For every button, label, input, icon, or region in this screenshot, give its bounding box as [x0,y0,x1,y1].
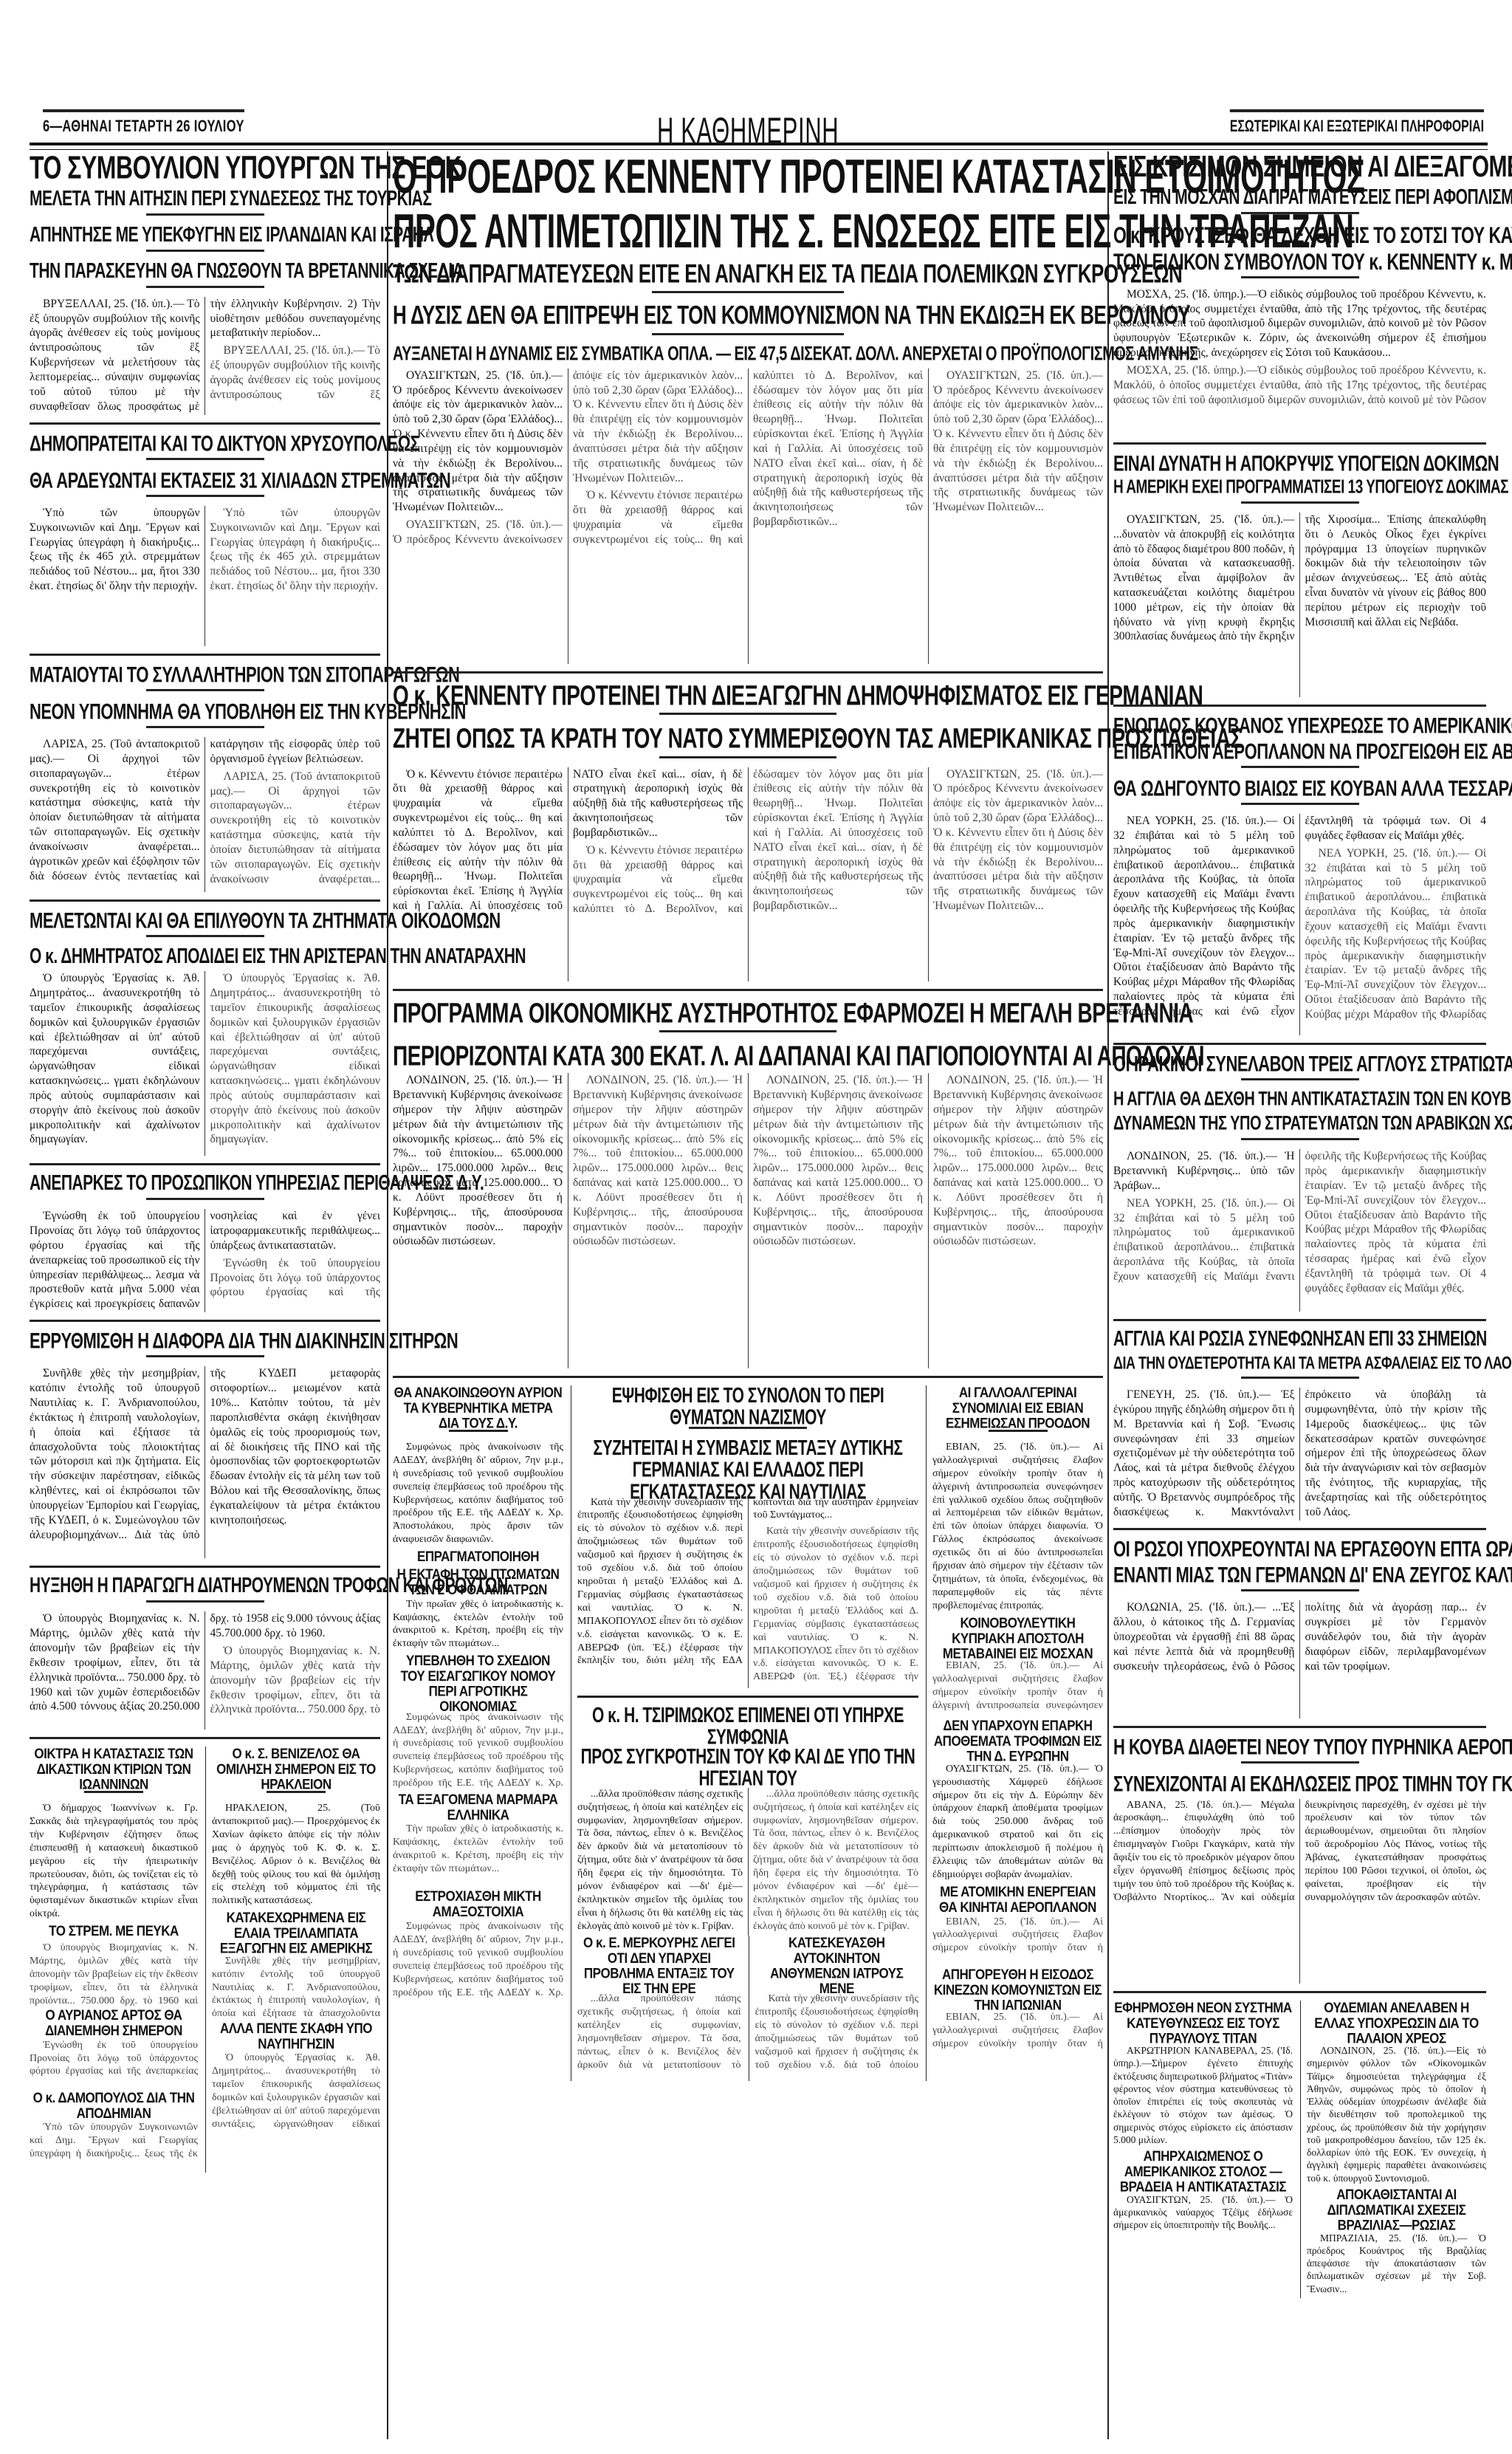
center-lower-col-1: ΘΑ ΑΝΑΚΟΙΝΩΘΟΥΝ ΑΥΡΙΟΝ ΤΑ ΚΥΒΕΡΝΗΤΙΚΑ ΜΕ… [393,1385,563,2081]
main-headline: Ο ΠΡΟΕΔΡΟΣ ΚΕΝΝΕΝΤΥ ΠΡΟΤΕΙΝΕΙ ΚΑΤΑΣΤΑΣΙΝ… [393,151,1103,202]
divider [393,989,1103,991]
rule [1241,1761,1359,1764]
brief: ΚΑΤΕΣΚΕΥΑΣΘΗ ΑΥΤΟΚΙΝΗΤΟΝ ΑΝΘΥΜΕΝΩΝ ΙΑΤΡΟ… [749,1936,919,2081]
headline: ΜΕΛΕΤΩΝΤΑΙ ΚΑΙ ΘΑ ΕΠΙΛΥΘΟΥΝ ΤΑ ΖΗΤΗΜΑΤΑ … [30,909,380,932]
brief-column: Ο κ. Σ. ΒΕΝΙΖΕΛΟΣ ΘΑ ΟΜΙΛΗΣΗ ΣΗΜΕΡΟΝ ΕΙΣ… [205,1747,380,2173]
rule [146,495,264,497]
article-body: ΟΥΑΣΙΓΚΤΩΝ, 25. ('Ιδ. ὑπ.).— Ὁ πρόεδρος … [393,369,1103,664]
article-body: ...ἄλλα προϋπόθεσιν πάσης σχετικῆς συζητ… [577,1992,741,2081]
divider [393,671,1103,674]
headline: ΟΥΔΕΜΙΑΝ ΑΝΕΛΑΒΕΝ Η ΕΛΛΑΣ ΥΠΟΧΡΕΩΣΙΝ ΔΙΑ… [1307,2001,1486,2046]
divider [1113,1528,1486,1530]
rule [1241,1138,1359,1140]
headline: ΘΑ ΑΝΑΚΟΙΝΩΘΟΥΝ ΑΥΡΙΟΝ ΤΑ ΚΥΒΕΡΝΗΤΙΚΑ ΜΕ… [393,1385,563,1431]
section-label: ΕΣΩΤΕΡΙΚΑΙ ΚΑΙ ΕΞΩΤΕΡΙΚΑΙ ΠΛΗΡΟΦΟΡΙΑΙ [1230,117,1484,136]
rule [659,756,836,758]
rule [146,286,264,288]
article-body: Συνῆλθε χθὲς τὴν μεσημβρίαν, κατόπιν ἐντ… [30,1366,380,1558]
story-eok: ΤΟ ΣΥΜΒΟΥΛΙΟΝ ΥΠΟΥΡΓΩΝ ΤΗΣ ΕΟΚ ΜΕΛΕΤΑ ΤΗ… [30,151,380,415]
subheadline: ΔΙΑ ΤΗΝ ΟΥΔΕΤΕΡΟΤΗΤΑ ΚΑΙ ΤΑ ΜΕΤΡΑ ΑΣΦΑΛΕ… [1113,1354,1486,1373]
article-body: Τὴν πρωΐαν χθὲς ὁ ἰατροδικαστὴς κ. Καψάσ… [393,1823,563,1889]
story-chrysoupolis: ΔΗΜΟΠΡΑΤΕΙΤΑΙ ΚΑΙ ΤΟ ΔΙΚΤΥΟΝ ΧΡΥΣΟΥΠΟΛΕΩ… [30,432,380,646]
subheadline: ΠΡΟΣ ΣΥΓΚΡΟΤΗΣΙΝ ΤΟΥ ΚΦ ΚΑΙ ΔΕ ΥΠΟ ΤΗΝ Η… [577,1747,918,1791]
rule [652,333,844,335]
headline: ΕΙΣ ΚΡΙΣΙΜΟΝ ΣΗΜΕΙΟΝ ΑΙ ΔΙΕΞΑΓΟΜΕΝΑΙ [1113,151,1486,183]
article-body: Ὁ δήμαρχος Ἰωαννίνων κ. Γρ. Σακκᾶς διὰ τ… [30,1802,198,1924]
divider [1113,705,1486,707]
divider [1113,1991,1486,1993]
masthead: 6—ΑΘΗΝΑΙ ΤΕΤΑΡΤΗ 26 ΙΟΥΛΙΟΥ Η ΚΑΘΗΜΕΡΙΝΗ… [30,111,1488,144]
story-kennedy-readiness: Ο ΠΡΟΕΔΡΟΣ ΚΕΝΝΕΝΤΥ ΠΡΟΤΕΙΝΕΙ ΚΑΤΑΣΤΑΣΙΝ… [393,151,1103,664]
headline: ΚΑΤΕΣΚΕΥΑΣΘΗ ΑΥΤΟΚΙΝΗΤΟΝ ΑΝΘΥΜΕΝΩΝ ΙΑΤΡΟ… [755,1936,919,1996]
subheadline: ΔΥΝΑΜΕΩΝ ΤΗΣ ΥΠΟ ΣΤΡΑΤΕΥΜΑΤΩΝ ΤΩΝ ΑΡΑΒΙΚ… [1113,1114,1486,1134]
headline: Η ΚΟΥΒΑ ΔΙΑΘΕΤΕΙ ΝΕΟΥ ΤΥΠΟΥ ΠΥΡΗΝΙΚΑ ΑΕΡ… [1113,1735,1486,1758]
article-body: ΟΥΑΣΙΓΚΤΩΝ, 25. ('Ιδ. ὑπ.).— Ὁ γερουσιασ… [932,1763,1103,1885]
rule [659,713,836,715]
headline: ΕΡΡΥΘΜΙΣΘΗ Η ΔΙΑΦΟΡΑ ΔΙΑ ΤΗΝ ΔΙΑΚΙΝΗΣΙΝ … [30,1329,380,1352]
headline-kicker: ΕΠΡΑΓΜΑΤΟΠΟΙΗΘΗ [393,1549,563,1565]
subheadline: ΤΗΝ ΠΑΡΑΣΚΕΥΗΝ ΘΑ ΓΝΩΣΘΟΥΝ ΤΑ ΒΡΕΤΑΝΝΙΚΑ… [30,261,380,283]
article-body: Κατὰ τὴν χθεσινὴν συνεδρίασιν τῆς ἐπιτρο… [577,1496,918,1688]
article-body: Ἐγνώσθη ἐκ τοῦ ὑπουργείου Προνοίας ὅτι λ… [30,2039,198,2091]
headline: ΟΙ ΙΡΑΚΙΝΟΙ ΣΥΝΕΛΑΒΟΝ ΤΡΕΙΣ ΑΓΓΛΟΥΣ ΣΤΡΑ… [1113,1052,1486,1075]
article-body: ΚΟΛΩΝΙΑ, 25. ('Ιδ. ὑπ.).— ...Ἐξ ἄλλου, ὁ… [1113,1600,1486,1718]
left-column: ΤΟ ΣΥΜΒΟΥΛΙΟΝ ΥΠΟΥΡΓΩΝ ΤΗΣ ΕΟΚ ΜΕΛΕΤΑ ΤΗ… [30,151,380,2439]
subheadline: ΕΙΣ ΤΗΝ ΜΟΣΧΑΝ ΔΙΑΠΡΑΓΜΑΤΕΥΣΕΙΣ ΠΕΡΙ ΑΦΟ… [1113,187,1486,209]
rule [1241,1589,1359,1591]
story-laos: ΑΓΓΛΙΑ ΚΑΙ ΡΩΣΙΑ ΣΥΝΕΦΩΝΗΣΑΝ ΕΠΙ 33 ΣΗΜΕ… [1113,1329,1486,1521]
subheadline: ΣΥΝΕΧΙΖΟΝΤΑΙ ΑΙ ΕΚΔΗΛΩΣΕΙΣ ΠΡΟΣ ΤΙΜΗΝ ΤΟ… [1113,1772,1486,1795]
story-trofima: ΗΥΞΗΘΗ Η ΠΑΡΑΓΩΓΗ ΔΙΑΤΗΡΟΥΜΕΝΩΝ ΤΡΟΦΩΝ Κ… [30,1575,380,1730]
article-body: Ὑπὸ τῶν ὑπουργῶν Συγκοινωνιῶν καὶ Δημ. Ἔ… [30,506,380,646]
center-lower-col-2: ΕΨΗΦΙΣΘΗ ΕΙΣ ΤΟ ΣΥΝΟΛΟΝ ΤΟ ΠΕΡΙ ΘΥΜΑΤΩΝ … [571,1385,918,2081]
rule [146,935,264,937]
headline: ΚΑΤΑΚΕΧΩΡΗΜΕΝΑ ΕΙΣ ΕΛΑΙΑ ΤΡΕΙΛΑΜΠΑΤΑ ΕΞΑ… [212,1910,380,1956]
story-moscow-disarmament: ΕΙΣ ΚΡΙΣΙΜΟΝ ΣΗΜΕΙΟΝ ΑΙ ΔΙΕΞΑΓΟΜΕΝΑΙ ΕΙΣ… [1113,151,1486,435]
article-body: Ὁ κ. Κέννεντυ ἐτόνισε περαιτέρω ὅτι θὰ χ… [393,767,1103,981]
right-brief-row: ΕΦΗΡΜΟΣΘΗ ΝΕΟΝ ΣΥΣΤΗΜΑ ΚΑΤΕΥΘΥΝΣΕΩΣ ΕΙΣ … [1113,2001,1486,2298]
subheadline: ΕΝΑΝΤΙ ΜΙΑΣ ΤΩΝ ΓΕΡΜΑΝΩΝ ΔΙ' ΕΝΑ ΖΕΥΓΟΣ … [1113,1563,1486,1586]
article-body: ΛΑΡΙΣΑ, 25. (Τοῦ ἀνταποκριτοῦ μας).— Οἱ … [30,737,380,892]
subheadline: Ο κ. ΔΗΜΗΤΡΑΤΟΣ ΑΠΟΔΙΔΕΙ ΕΙΣ ΤΗΝ ΑΡΙΣΤΕΡ… [30,946,380,968]
rule [1241,1078,1359,1080]
headline: Ο κ. ΔΑΜΟΠΟΥΛΟΣ ΔΙΑ ΤΗΝ ΑΠΟΔΗΜΙΑΝ [30,2091,198,2121]
headline: ΗΥΞΗΘΗ Η ΠΑΡΑΓΩΓΗ ΔΙΑΤΗΡΟΥΜΕΝΩΝ ΤΡΟΦΩΝ Κ… [30,1575,380,1597]
subheadline: ΕΠΙΒΑΤΙΚΟΝ ΑΕΡΟΠΛΑΝΟΝ ΝΑ ΠΡΟΣΓΕΙΩΘΗ ΕΙΣ … [1113,740,1486,763]
page-date-line: 6—ΑΘΗΝΑΙ ΤΕΤΑΡΤΗ 26 ΙΟΥΛΙΟΥ [43,117,244,136]
divider [30,1566,380,1568]
rule [146,458,264,460]
rule [1241,501,1359,504]
story-sitira: ΕΡΡΥΘΜΙΣΘΗ Η ΔΙΑΦΟΡΑ ΔΙΑ ΤΗΝ ΔΙΑΚΙΝΗΣΙΝ … [30,1329,380,1558]
headline: ΕΨΗΦΙΣΘΗ ΕΙΣ ΤΟ ΣΥΝΟΛΟΝ ΤΟ ΠΕΡΙ ΘΥΜΑΤΩΝ … [577,1385,918,1430]
headline: ΑΓΓΛΙΑ ΚΑΙ ΡΩΣΙΑ ΣΥΝΕΦΩΝΗΣΑΝ ΕΠΙ 33 ΣΗΜΕ… [1113,1329,1486,1351]
story-sitoparagogoi: ΜΑΤΑΙΟΥΤΑΙ ΤΟ ΣΥΛΛΑΛΗΤΗΡΙΟΝ ΤΩΝ ΣΙΤΟΠΑΡΑ… [30,663,380,892]
article-body: ΕΒΙΑΝ, 25. ('Ιδ. ὑπ.).— Αἱ γαλλοαλγερινα… [932,1441,1103,1616]
headline: ΚΟΙΝΟΒΟΥΛΕΥΤΙΚΗ ΚΥΠΡΙΑΚΗ ΑΠΟΣΤΟΛΗ ΜΕΤΑΒΑ… [932,1616,1103,1662]
brief-column: ΕΦΗΡΜΟΣΘΗ ΝΕΟΝ ΣΥΣΤΗΜΑ ΚΑΤΕΥΘΥΝΣΕΩΣ ΕΙΣ … [1113,2001,1293,2298]
article-body: Συμφώνως πρὸς ἀνακοίνωσιν τῆς ΑΔΕΔΥ, ἀνε… [393,1711,563,1792]
headline: ΕΙΝΑΙ ΔΥΝΑΤΗ Η ΑΠΟΚΡΥΨΙΣ ΥΠΟΓΕΙΩΝ ΔΟΚΙΜΩ… [1113,452,1486,475]
headline: ΑΛΛΑ ΠΕΝΤΕ ΣΚΑΦΗ ΥΠΟ ΝΑΥΠΗΓΗΣΙΝ [212,2021,380,2052]
article-body: Κατὰ τὴν χθεσινὴν συνεδρίασιν τῆς ἐπιτρο… [755,1992,919,2081]
headline: Ο ΑΥΡΙΑΝΟΣ ΑΡΤΟΣ ΘΑ ΔΙΑΝΕΜΗΘΗ ΣΗΜΕΡΟΝ [30,2008,198,2038]
rule [146,1355,264,1357]
subheadline: ΠΕΡΙΟΡΙΖΟΝΤΑΙ ΚΑΤΑ 300 ΕΚΑΤ. Λ. ΑΙ ΔΑΠΑΝ… [393,1041,1103,1071]
rule [146,1600,264,1603]
subheadline: ΖΗΤΕΙ ΟΠΩΣ ΤΑ ΚΡΑΤΗ ΤΟΥ ΝΑΤΟ ΣΥΜΜΕΡΙΣΘΟΥ… [393,724,1103,753]
headline: ΑΠΗΡΧΑΙΩΜΕΝΟΣ Ο ΑΜΕΡΙΚΑΝΙΚΟΣ ΣΤΟΛΟΣ — ΒΡ… [1113,2149,1293,2195]
rule [652,291,844,293]
divider [30,899,380,902]
rule [659,1030,836,1032]
main-headline-line2: ΠΡΟΣ ΑΝΤΙΜΕΤΩΠΙΣΙΝ ΤΗΣ Σ. ΕΝΩΣΕΩΣ ΕΙΤΕ Ε… [393,206,1103,256]
article-body: Ὁ ὑπουργὸς Ἐργασίας κ. Ἀθ. Δημητράτος...… [212,2052,380,2133]
article-body: Συμφώνως πρὸς ἀνακοίνωσιν τῆς ΑΔΕΔΥ, ἀνε… [393,1441,563,1549]
headline: ΟΙΚΤΡΑ Η ΚΑΤΑΣΤΑΣΙΣ ΤΩΝ ΔΙΚΑΣΤΙΚΩΝ ΚΤΙΡΙ… [30,1747,198,1792]
brief-column: ΟΙΚΤΡΑ Η ΚΑΤΑΣΤΑΣΙΣ ΤΩΝ ΔΙΚΑΣΤΙΚΩΝ ΚΤΙΡΙ… [30,1747,198,2173]
article-body: ΟΥΑΣΙΓΚΤΩΝ, 25. ('Ιδ. ὑπ.).— ...δυνατὸν … [1113,513,1486,697]
headline: Ο κ. ΚΕΝΝΕΝΤΥ ΠΡΟΤΕΙΝΕΙ ΤΗΝ ΔΙΕΞΑΓΩΓΗΝ Δ… [393,681,1103,710]
story-kennedy-referendum: Ο κ. ΚΕΝΝΕΝΤΥ ΠΡΟΤΕΙΝΕΙ ΤΗΝ ΔΙΕΞΑΓΩΓΗΝ Δ… [393,681,1103,981]
subheadline: ΣΥΖΗΤΕΙΤΑΙ Η ΣΥΜΒΑΣΙΣ ΜΕΤΑΞΥ ΔΥΤΙΚΗΣ ΓΕΡ… [577,1438,918,1504]
divider [393,1376,1103,1378]
headline: ΥΠΕΒΛΗΘΗ ΤΟ ΣΧΕΔΙΟΝ ΤΟΥ ΕΙΣΑΓΩΓΙΚΟΥ ΝΟΜΟ… [393,1653,563,1714]
article-body: Ὁ ὑπουργὸς Ἐργασίας κ. Ἀθ. Δημητράτος...… [30,971,380,1156]
article-body: ΑΚΡΩΤΗΡΙΟΝ ΚΑΝΑΒΕΡΑΛ, 25. ('Ιδ. ὑπηρ.).—… [1113,2044,1293,2149]
headline: Ο κ. Ε. ΜΕΡΚΟΥΡΗΣ ΛΕΓΕΙ ΟΤΙ ΔΕΝ ΥΠΑΡΧΕΙ … [577,1936,741,1996]
headline: Ο κ. Η. ΤΣΙΡΙΜΩΚΟΣ ΕΠΙΜΕΝΕΙ ΟΤΙ ΥΠΗΡΧΕ Σ… [577,1705,918,1749]
article-body: Ἐγνώσθη ἐκ τοῦ ὑπουργείου Προνοίας ὅτι λ… [30,1209,380,1312]
rule [1241,212,1359,214]
rule [146,689,264,691]
rule [146,726,264,728]
story-britain-austerity: ΠΡΟΓΡΑΜΜΑ ΟΙΚΟΝΟΜΙΚΗΣ ΑΥΣΤΗΡΟΤΗΤΟΣ ΕΦΑΡΜ… [393,998,1103,1369]
story-oikodomes: ΜΕΛΕΤΩΝΤΑΙ ΚΑΙ ΘΑ ΕΠΙΛΥΘΟΥΝ ΤΑ ΖΗΤΗΜΑΤΑ … [30,909,380,1156]
headline: ΑΝΕΠΑΡΚΕΣ ΤΟ ΠΡΟΣΩΠΙΚΟΝ ΥΠΗΡΕΣΙΑΣ ΠΕΡΙΘΑ… [30,1173,380,1195]
article-body: ΜΟΣΧΑ, 25. ('Ιδ. ὑπηρ.).—Ὁ εἰδικὸς σύμβο… [1113,287,1486,435]
headline: ΕΝΟΠΛΟΣ ΚΟΥΒΑΝΟΣ ΥΠΕΧΡΕΩΣΕ ΤΟ ΑΜΕΡΙΚΑΝΙΚ… [1113,714,1486,737]
center-lower-col-3: ΑΙ ΓΑΛΛΟΑΛΓΕΡΙΝΑΙ ΣΥΝΟΜΙΛΙΑΙ ΕΙΣ ΕΒΙΑΝ Ε… [926,1385,1103,2081]
divider [1113,1319,1486,1321]
headline: Ο κ. Σ. ΒΕΝΙΖΕΛΟΣ ΘΑ ΟΜΙΛΗΣΗ ΣΗΜΕΡΟΝ ΕΙΣ… [212,1747,380,1792]
article-body: ΜΠΡΑΖΙΛΙΑ, 25. ('Ιδ. ὑπ.).— Ὁ πρόεδρος Κ… [1307,2232,1486,2298]
divider [30,422,380,425]
divider [30,654,380,656]
headline: ΜΑΤΑΙΟΥΤΑΙ ΤΟ ΣΥΛΛΑΛΗΤΗΡΙΟΝ ΤΩΝ ΣΙΤΟΠΑΡΑ… [30,663,380,686]
article-body: ΟΥΑΣΙΓΚΤΩΝ, 25. ('Ιδ. ὑπ.).— Ὁ ἀμερικανι… [1113,2193,1293,2235]
article-body: ΕΒΙΑΝ, 25. ('Ιδ. ὑπ.).— Αἱ γαλλοαλγερινα… [932,1659,1103,1718]
headline: ΤΟ ΣΤΡΕΜ. ΜΕ ΠΕΥΚΑ [30,1924,198,1939]
article-body: ΓΕΝΕΥΗ, 25. ('Ιδ. ὑπ.).— Ἐξ ἐγκύρου πηγῆ… [1113,1388,1486,1521]
divider [30,1163,380,1165]
article-body: Συμφώνως πρὸς ἀνακοίνωσιν τῆς ΑΔΕΔΥ, ἀνε… [393,1920,563,2009]
story-cuba-hijack: ΕΝΟΠΛΟΣ ΚΟΥΒΑΝΟΣ ΥΠΕΧΡΕΩΣΕ ΤΟ ΑΜΕΡΙΚΑΝΙΚ… [1113,714,1486,1035]
headline: ΤΑ ΕΞΑΓΟΜΕΝΑ ΜΑΡΜΑΡΑ ΕΛΛΗΝΙΚΑ [393,1792,563,1823]
divider [1113,1043,1486,1045]
subheadline: ΤΟΝ ΕΙΔΙΚΟΝ ΣΥΜΒΟΥΛΟΝ ΤΟΥ κ. ΚΕΝΝΕΝΤΥ κ.… [1113,250,1486,274]
subheadline: ΑΠΗΝΤΗΣΕ ΜΕ ΥΠΕΚΦΥΓΗΝ ΕΙΣ ΙΡΛΑΝΔΙΑΝ ΚΑΙ … [30,225,380,247]
story-perithalpsi: ΑΝΕΠΑΡΚΕΣ ΤΟ ΠΡΟΣΩΠΙΚΟΝ ΥΠΗΡΕΣΙΑΣ ΠΕΡΙΘΑ… [30,1173,380,1312]
divider [30,1320,380,1322]
headline: ΤΟ ΣΥΜΒΟΥΛΙΟΝ ΥΠΟΥΡΓΩΝ ΤΗΣ ΕΟΚ [30,151,380,185]
article-body: ΛΟΝΔΙΝΟΝ, 25. ('Ιδ. ὑπ.).— Ἡ Βρεταννικὴ … [1113,1149,1486,1312]
rule [1241,1377,1359,1379]
rule [1241,803,1359,805]
headline: ΠΡΟΓΡΑΜΜΑ ΟΙΚΟΝΟΜΙΚΗΣ ΑΥΣΤΗΡΟΤΗΤΟΣ ΕΦΑΡΜ… [393,998,1103,1028]
subheadline: ΘΑ ΑΡΔΕΥΩΝΤΑΙ ΕΚΤΑΣΕΙΣ 31 ΧΙΛΙΑΔΩΝ ΣΤΡΕΜ… [30,469,380,492]
headline: ΕΦΗΡΜΟΣΘΗ ΝΕΟΝ ΣΥΣΤΗΜΑ ΚΑΤΕΥΘΥΝΣΕΩΣ ΕΙΣ … [1113,2001,1293,2046]
headline: ΔΕΝ ΥΠΑΡΧΟΥΝ ΕΠΑΡΚΗ ΑΠΟΘΕΜΑΤΑ ΤΡΟΦΙΜΩΝ Ε… [932,1718,1103,1764]
story-cuba-jets: Η ΚΟΥΒΑ ΔΙΑΘΕΤΕΙ ΝΕΟΥ ΤΥΠΟΥ ΠΥΡΗΝΙΚΑ ΑΕΡ… [1113,1735,1486,1983]
subheadline: Η ΑΓΓΛΙΑ ΘΑ ΔΕΧΘΗ ΤΗΝ ΑΝΤΙΚΑΤΑΣΤΑΣΙΝ ΤΩΝ… [1113,1089,1486,1110]
article-body: ΛΟΝΔΙΝΟΝ, 25. ('Ιδ. ὑπ.).— Ἡ Βρεταννικὴ … [393,1073,1103,1368]
brief-column: ΟΥΔΕΜΙΑΝ ΑΝΕΛΑΒΕΝ Η ΕΛΛΑΣ ΥΠΟΧΡΕΩΣΙΝ ΔΙΑ… [1300,2001,1486,2298]
divider [1113,1726,1486,1728]
article-body: Ὁ ὑπουργὸς Βιομηχανίας κ. Ν. Μάρτης, ὁμι… [30,1611,380,1730]
headline: ΑΠΗΓΟΡΕΥΘΗ Η ΕΙΣΟΔΟΣ ΚΙΝΕΖΩΝ ΚΟΜΟΥΝΙΣΤΩΝ… [932,1967,1103,2013]
headline: ΕΣΤΡΟΧΙΑΣΘΗ ΜΙΚΤΗ ΑΜΑΞΟΣΤΟΙΧΙΑ [393,1889,563,1919]
right-column: ΕΙΣ ΚΡΙΣΙΜΟΝ ΣΗΜΕΙΟΝ ΑΙ ΔΙΕΞΑΓΟΜΕΝΑΙ ΕΙΣ… [1113,151,1486,2439]
divider [30,1737,380,1739]
subheadline: ΝΕΟΝ ΥΠΟΜΝΗΜΑ ΘΑ ΥΠΟΒΛΗΘΗ ΕΙΣ ΤΗΝ ΚΥΒΕΡΝ… [30,700,380,723]
bottom-briefs: ΟΙΚΤΡΑ Η ΚΑΤΑΣΤΑΣΙΣ ΤΩΝ ΔΙΚΑΣΤΙΚΩΝ ΚΤΙΡΙ… [30,1747,380,2173]
headline: ΑΠΟΚΑΘΙΣΤΑΝΤΑΙ ΑΙ ΔΙΠΛΩΜΑΤΙΚΑΙ ΣΧΕΣΕΙΣ Β… [1307,2187,1486,2233]
article-body: Ὑπὸ τῶν ὑπουργῶν Συγκοινωνιῶν καὶ Δημ. Ἔ… [30,2121,198,2173]
article-body: Τὴν πρωΐαν χθὲς ὁ ἰατροδικαστὴς κ. Καψάσ… [393,1598,563,1654]
headline: ΜΕ ΑΤΟΜΙΚΗΝ ΕΝΕΡΓΕΙΑΝ ΘΑ ΚΙΝΗΤΑΙ ΑΕΡΟΠΛΑ… [932,1885,1103,1915]
rule [146,250,264,252]
article-body: ΕΒΙΑΝ, 25. ('Ιδ. ὑπ.).— Αἱ γαλλοαλγερινα… [932,2011,1103,2063]
headline: ΑΙ ΓΑΛΛΟΑΛΓΕΡΙΝΑΙ ΣΥΝΟΜΙΛΙΑΙ ΕΙΣ ΕΒΙΑΝ Ε… [932,1385,1103,1431]
subheadline: ΤΩΝ ΔΙΑΠΡΑΓΜΑΤΕΥΣΕΩΝ ΕΙΤΕ ΕΝ ΑΝΑΓΚΗ ΕΙΣ … [393,261,1103,288]
divider [577,1696,918,1698]
brief: Ο κ. Ε. ΜΕΡΚΟΥΡΗΣ ΛΕΓΕΙ ΟΤΙ ΔΕΝ ΥΠΑΡΧΕΙ … [577,1936,741,2081]
story-underground-tests: ΕΙΝΑΙ ΔΥΝΑΤΗ Η ΑΠΟΚΡΥΨΙΣ ΥΠΟΓΕΙΩΝ ΔΟΚΙΜΩ… [1113,452,1486,697]
article-body: Ὁ ὑπουργὸς Βιομηχανίας κ. Ν. Μάρτης, ὁμι… [30,1941,198,2008]
article-body: ΗΡΑΚΛΕΙΟΝ, 25. (Τοῦ ἀνταποκριτοῦ μας).— … [212,1802,380,1910]
subheadline: Ο κ. ΚΡΟΥΣΤΣΕΦ ΘΑ ΔΕΧΘΗ ΕΙΣ ΤΟ ΣΟΤΣΙ ΤΟΥ… [1113,223,1486,247]
headline: ΟΙ ΡΩΣΟΙ ΥΠΟΧΡΕΟΥΝΤΑΙ ΝΑ ΕΡΓΑΣΘΟΥΝ ΕΠΤΑ … [1113,1538,1486,1560]
subheadline: Η ΔΥΣΙΣ ΔΕΝ ΘΑ ΕΠΙΤΡΕΨΗ ΕΙΣ ΤΟΝ ΚΟΜΜΟΥΝΙ… [393,302,1103,329]
center-lower-row: ΘΑ ΑΝΑΚΟΙΝΩΘΟΥΝ ΑΥΡΙΟΝ ΤΑ ΚΥΒΕΡΝΗΤΙΚΑ ΜΕ… [393,1385,1103,2081]
article-body: ΛΟΝΔΙΝΟΝ, 25. ('Ιδ. ὑπ.).—Εἰς τὸ σημεριν… [1307,2044,1486,2187]
rule [1241,766,1359,768]
subheadline: Η ΑΜΕΡΙΚΗ ΕΧΕΙ ΠΡΟΓΡΑΜΜΑΤΙΣΕΙ 13 ΥΠΟΓΕΙΟ… [1113,478,1486,498]
article-body: ΕΒΙΑΝ, 25. ('Ιδ. ὑπ.).— Αἱ γαλλοαλγερινα… [932,1916,1103,1967]
subheadline: ΘΑ ΩΔΗΓΟΥΝΤΟ ΒΙΑΙΩΣ ΕΙΣ ΚΟΥΒΑΝ ΑΛΛΑ ΤΕΣΣ… [1113,777,1486,800]
subheadline: ΜΕΛΕΤΑ ΤΗΝ ΑΙΤΗΣΙΝ ΠΕΡΙ ΣΥΝΔΕΣΕΩΣ ΤΗΣ ΤΟ… [30,188,380,210]
subheadline: ΑΥΞΑΝΕΤΑΙ Η ΔΥΝΑΜΙΣ ΕΙΣ ΣΥΜΒΑΤΙΚΑ ΟΠΛΑ. … [393,344,1103,365]
headline: Η ΕΚΤΑΦΗ ΤΩΝ ΠΤΩΜΑΤΩΝ ΤΩΝ 2 ΟΦΘΑΛΜΙΑΤΡΩΝ [393,1567,563,1597]
center-column: Ο ΠΡΟΕΔΡΟΣ ΚΕΝΝΕΝΤΥ ΠΡΟΤΕΙΝΕΙ ΚΑΤΑΣΤΑΣΙΝ… [387,151,1109,2439]
article-body: Συνῆλθε χθὲς τὴν μεσημβρίαν, κατόπιν ἐντ… [212,1955,380,2021]
center-brief-row: Ο κ. Ε. ΜΕΡΚΟΥΡΗΣ ΛΕΓΕΙ ΟΤΙ ΔΕΝ ΥΠΑΡΧΕΙ … [577,1936,918,2081]
article-body: ...ἄλλα προϋπόθεσιν πάσης σχετικῆς συζητ… [577,1788,918,1936]
rule [146,1198,264,1200]
divider [1113,442,1486,445]
story-russian-work-hours: ΟΙ ΡΩΣΟΙ ΥΠΟΧΡΕΟΥΝΤΑΙ ΝΑ ΕΡΓΑΣΘΟΥΝ ΕΠΤΑ … [1113,1538,1486,1718]
story-iraq: ΟΙ ΙΡΑΚΙΝΟΙ ΣΥΝΕΛΑΒΟΝ ΤΡΕΙΣ ΑΓΓΛΟΥΣ ΣΤΡΑ… [1113,1052,1486,1312]
rule [146,213,264,216]
article-body: ΑΒΑΝΑ, 25. ('Ιδ. ὑπ.).— Μέγαλα ἀεροσκάφη… [1113,1799,1486,1984]
rule [1241,276,1359,278]
headline: ΔΗΜΟΠΡΑΤΕΙΤΑΙ ΚΑΙ ΤΟ ΔΙΚΤΥΟΝ ΧΡΥΣΟΥΠΟΛΕΩ… [30,432,380,455]
article-body: ΒΡΥΞΕΛΛΑΙ, 25. ('Ιδ. ὑπ.).— Τὸ ἐξ ὑπουργ… [30,297,380,415]
article-body: ΝΕΑ ΥΟΡΚΗ, 25. ('Ιδ. ὑπ.).— Οἱ 32 ἐπιβάτ… [1113,814,1486,1035]
